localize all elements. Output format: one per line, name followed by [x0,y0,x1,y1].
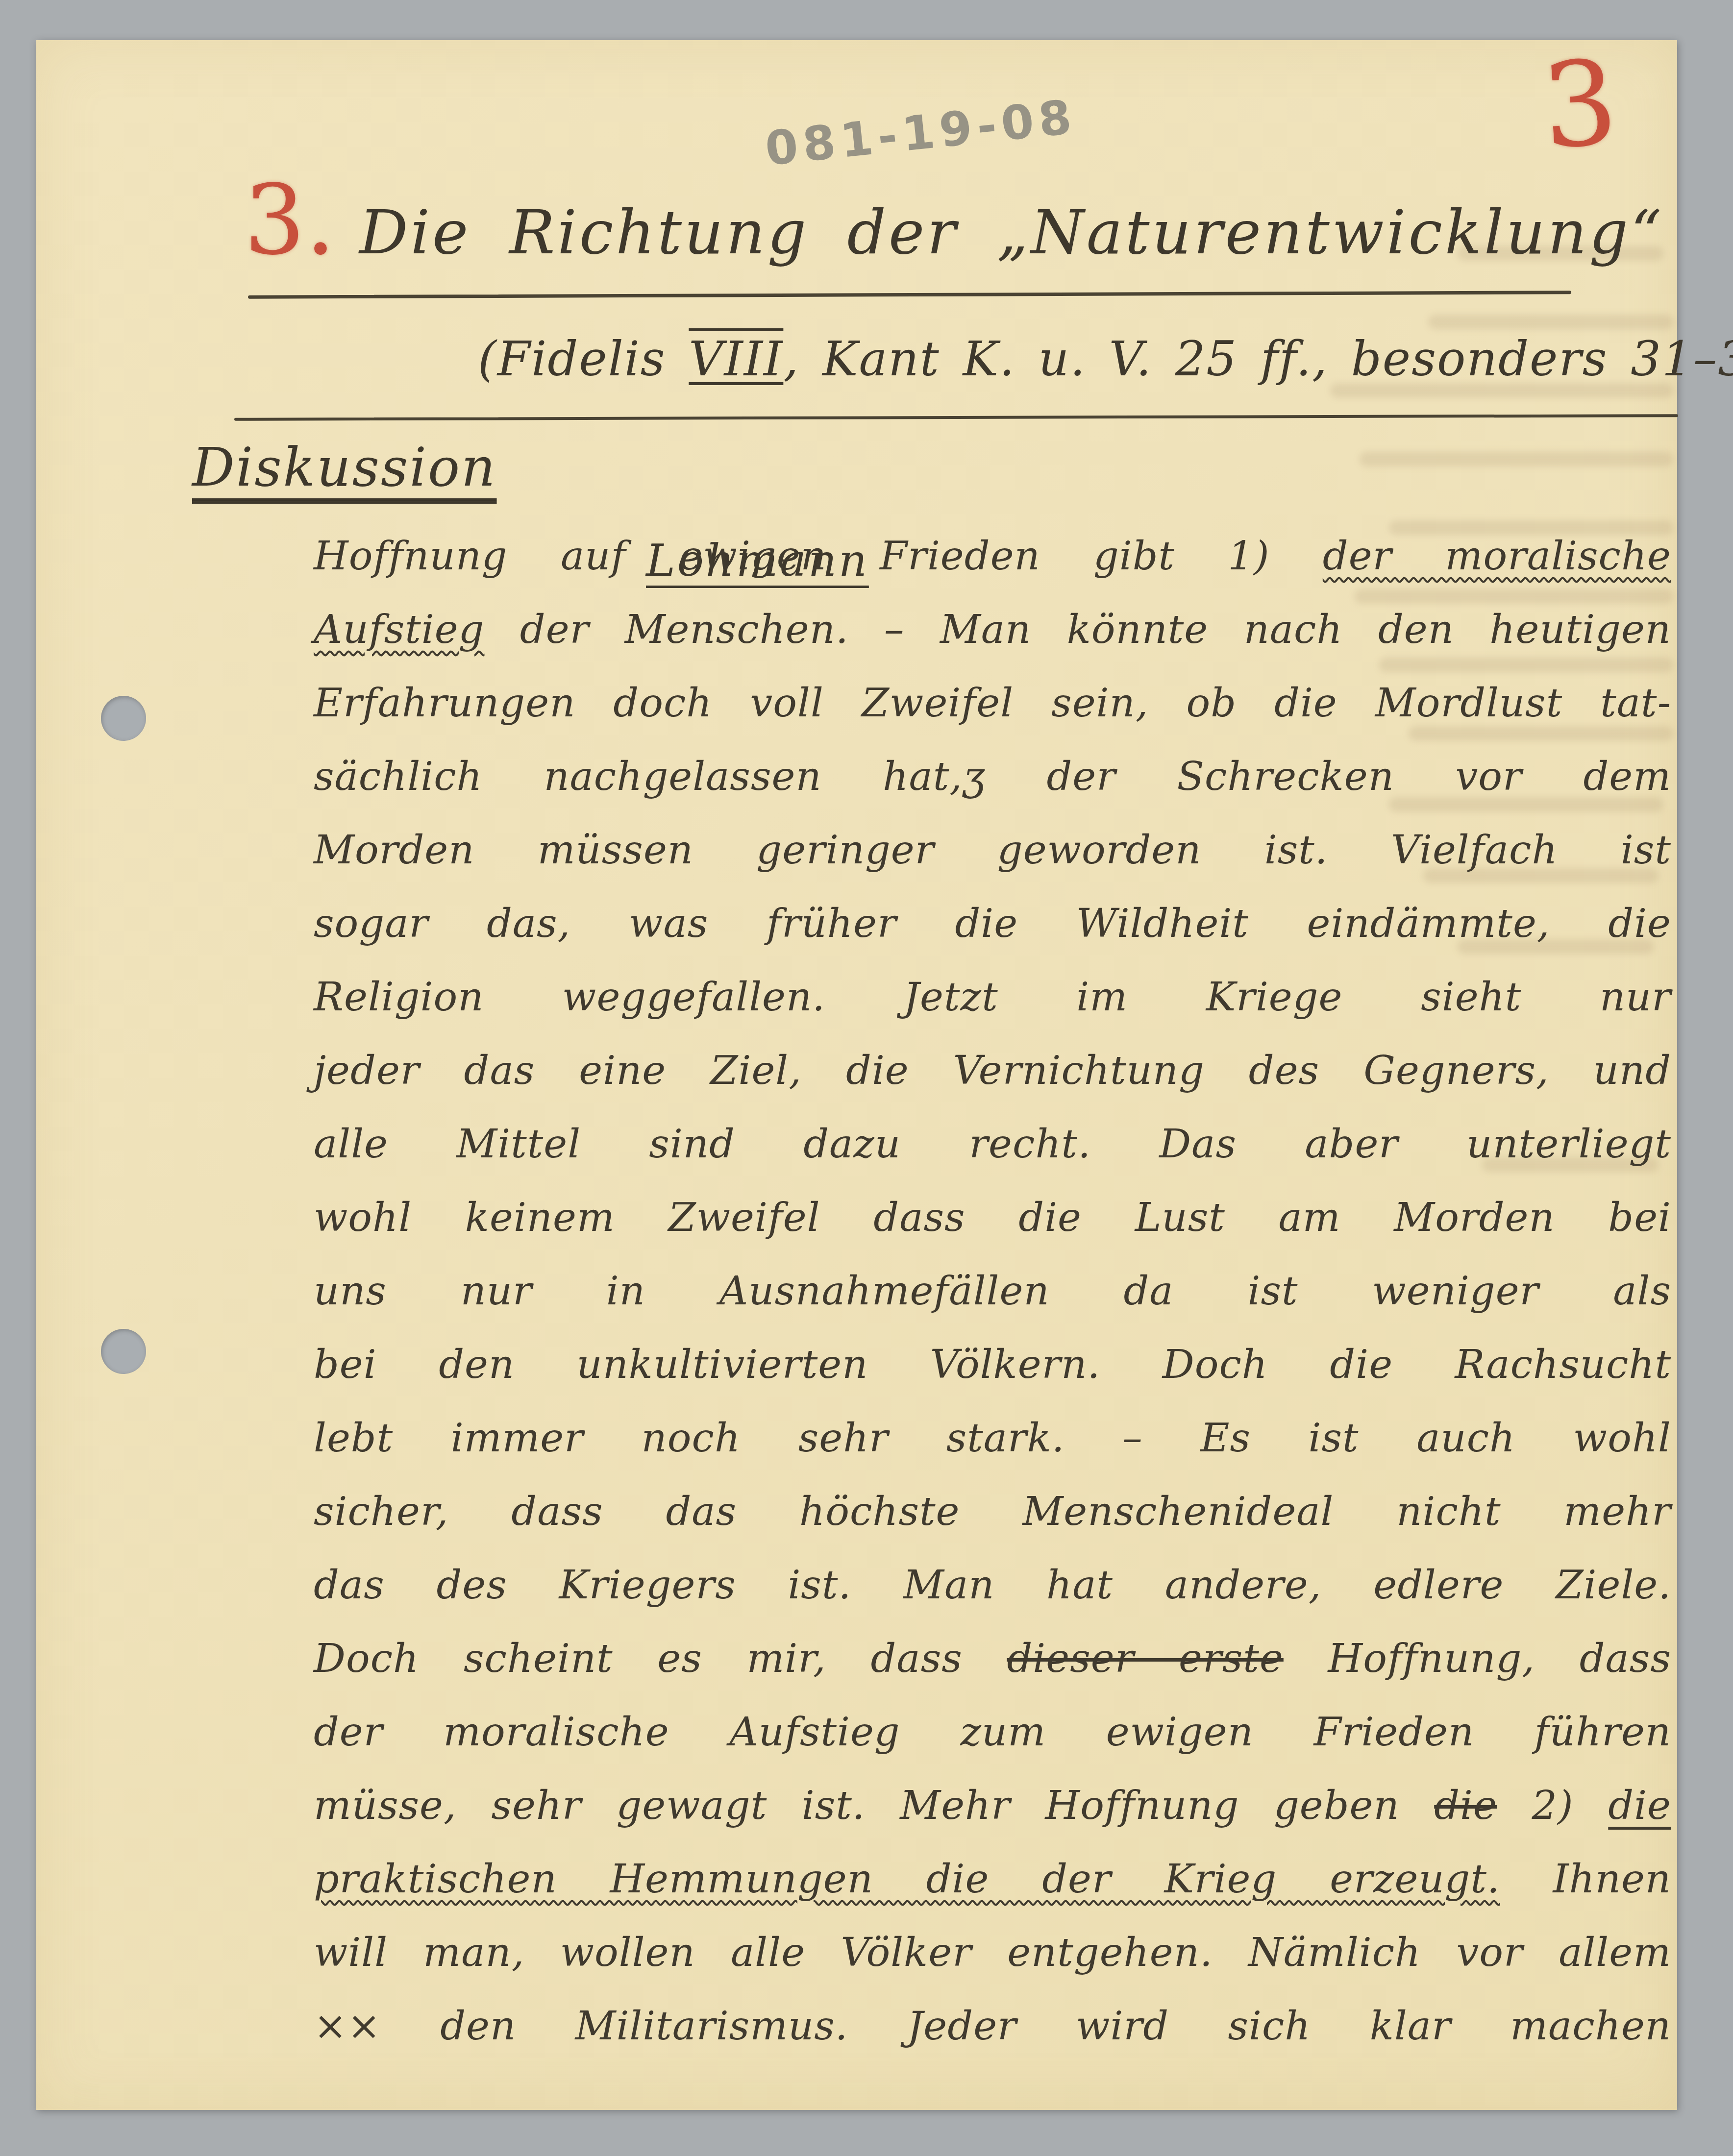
manuscript-text-segment: der moralische [1323,533,1671,579]
manuscript-line: Hoffnung auf ewigen Frieden gibt 1) der … [314,519,1671,593]
manuscript-text-segment: lebt immer noch sehr stark. – Es ist auc… [314,1415,1671,1461]
manuscript-line: Doch scheint es mir, dass dieser erste H… [314,1622,1671,1695]
manuscript-line: uns nur in Ausnahmefällen da ist weniger… [314,1254,1671,1328]
reference-pre: (Fidelis [478,331,689,387]
punch-hole-top [101,696,146,741]
manuscript-text-segment: uns nur in Ausnahmefällen da ist weniger… [314,1268,1671,1314]
manuscript-line: Aufstieg der Menschen. – Man könnte nach… [314,593,1671,666]
manuscript-line: Morden müssen geringer geworden ist. Vie… [314,813,1671,887]
manuscript-line: sicher, dass das höchste Menschenideal n… [314,1475,1671,1548]
ink-bleedthrough-streak [1428,315,1673,329]
manuscript-text-segment: 2) [1497,1783,1608,1829]
manuscript-line: praktischen Hemmungen die der Krieg erze… [314,1842,1671,1916]
section-heading: 3. Die Richtung der „Naturentwicklung“ [244,172,1664,269]
manuscript-text-segment: Ihnen [1500,1856,1671,1902]
manuscript-text-segment: der Menschen. – Man könnte nach den heut… [484,607,1671,653]
manuscript-line: lebt immer noch sehr stark. – Es ist auc… [314,1401,1671,1475]
manuscript-text-segment: die [1434,1783,1497,1829]
manuscript-text-segment: der moralische Aufstieg zum ewigen Fried… [314,1709,1671,1755]
manuscript-line: bei den unkultivierten Völkern. Doch die… [314,1328,1671,1401]
manuscript-line: Erfahrungen doch voll Zweifel sein, ob d… [314,666,1671,740]
manuscript-text-segment: jeder das eine Ziel, die Vernichtung des… [314,1048,1671,1094]
manuscript-text-segment: Hoffnung auf ewigen Frieden gibt 1) [314,533,1323,579]
manuscript-text-segment: bei den unkultivierten Völkern. Doch die… [314,1342,1671,1388]
scanned-manuscript-page: { "page": { "archive_stamp": "081-19-08"… [0,0,1733,2156]
manuscript-text-segment: alle Mittel sind dazu recht. Das aber un… [314,1121,1671,1167]
page-number: 3 [1539,45,1621,166]
manuscript-text-segment: Morden müssen geringer geworden ist. Vie… [314,827,1671,873]
manuscript-text-segment: Hoffnung, dass [1284,1636,1671,1682]
manuscript-text-segment: praktischen Hemmungen die der Krieg erze… [314,1856,1500,1902]
manuscript-text-segment: Doch scheint es mir, dass [314,1636,1007,1682]
manuscript-text-segment: sogar das, was früher die Wildheit eindä… [314,901,1671,947]
reference-post: , Kant K. u. V. 25 ff., besonders 31–37) [783,331,1733,387]
manuscript-line: jeder das eine Ziel, die Vernichtung des… [314,1034,1671,1107]
manuscript-text-segment: müsse, sehr gewagt ist. Mehr Hoffnung ge… [314,1783,1434,1829]
manuscript-line: sogar das, was früher die Wildheit eindä… [314,887,1671,960]
manuscript-line: will man, wollen alle Völker entgehen. N… [314,1916,1671,1989]
discussion-heading: Diskussion [192,437,497,498]
manuscript-line: Religion weggefallen. Jetzt im Kriege si… [314,960,1671,1034]
manuscript-line: wohl keinem Zweifel dass die Lust am Mor… [314,1181,1671,1254]
manuscript-line: das des Kriegers ist. Man hat andere, ed… [314,1548,1671,1622]
manuscript-text-segment: die [1608,1783,1671,1829]
manuscript-body: Hoffnung auf ewigen Frieden gibt 1) der … [314,519,1671,2063]
manuscript-text-segment: will man, wollen alle Völker entgehen. N… [314,1930,1671,1976]
manuscript-text-segment: sicher, dass das höchste Menschenideal n… [314,1489,1671,1535]
ink-bleedthrough-streak [1360,452,1673,466]
manuscript-text-segment: Religion weggefallen. Jetzt im Kriege si… [314,974,1671,1020]
section-number: 3. [244,172,336,269]
manuscript-text-segment: sächlich nachgelassen hat,ʒ der Schrecke… [314,754,1671,800]
manuscript-text-segment: Aufstieg [314,607,484,653]
manuscript-line: ×× den Militarismus. Jeder wird sich kla… [314,1989,1671,2063]
manuscript-text-segment: dieser erste [1007,1636,1284,1682]
manuscript-text-segment: Erfahrungen doch voll Zweifel sein, ob d… [314,680,1671,726]
manuscript-line: sächlich nachgelassen hat,ʒ der Schrecke… [314,740,1671,813]
reference-line: (Fidelis VIII, Kant K. u. V. 25 ff., bes… [478,331,1733,387]
punch-hole-bottom [101,1329,146,1374]
manuscript-text-segment: wohl keinem Zweifel dass die Lust am Mor… [314,1195,1671,1241]
reference-roman-numeral: VIII [689,331,783,387]
section-title: Die Richtung der „Naturentwicklung“ [359,197,1664,268]
manuscript-line: müsse, sehr gewagt ist. Mehr Hoffnung ge… [314,1769,1671,1842]
manuscript-text-segment: ×× den Militarismus. Jeder wird sich kla… [314,2003,1671,2049]
manuscript-line: alle Mittel sind dazu recht. Das aber un… [314,1107,1671,1181]
manuscript-text-segment: das des Kriegers ist. Man hat andere, ed… [314,1562,1671,1608]
manuscript-line: der moralische Aufstieg zum ewigen Fried… [314,1695,1671,1769]
